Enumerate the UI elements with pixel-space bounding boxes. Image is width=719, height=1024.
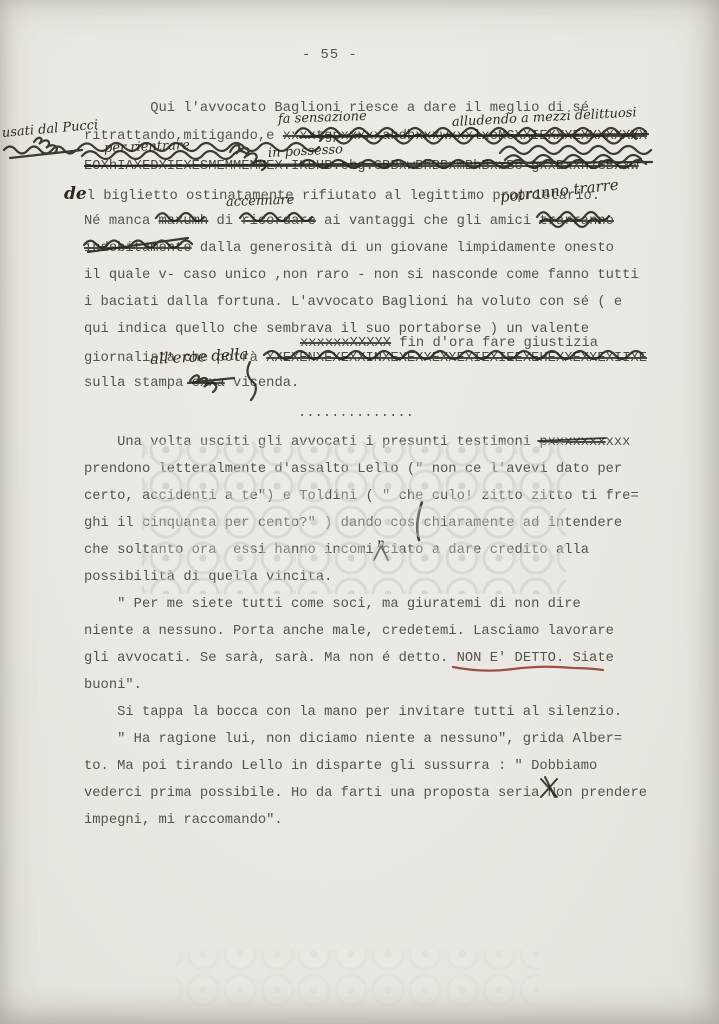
typed-text: vederci prima possibile. Ho da farti una… bbox=[84, 786, 647, 801]
typed-text: prendono letteralmente d'assalto Lello (… bbox=[84, 462, 622, 477]
typed-text: possibilità di quella vincita. bbox=[84, 570, 332, 585]
typed-line-edited: sulla stampa exxa vicenda. bbox=[84, 374, 299, 393]
typed-text: buoni". bbox=[84, 678, 142, 693]
typed-line-edited: indebitamente dalla generosità di un gio… bbox=[84, 239, 614, 258]
handwritten-note-fa-sensazione: fa sensazione bbox=[278, 109, 367, 127]
typed-text: . Siate bbox=[556, 651, 614, 666]
handwritten-correction: de bbox=[64, 184, 87, 204]
dotted-divider: .............. bbox=[298, 404, 414, 423]
typed-line: il quale v- caso unico ,non raro - non s… bbox=[84, 266, 639, 285]
typed-line: possibilità di quella vincita. bbox=[84, 568, 332, 587]
struck-out-text: ricordare bbox=[241, 214, 316, 229]
typed-line-struck: EOXhIAXEDXIEXESMEMMEMMEX.IKBHB.ehg.GBBxw… bbox=[84, 157, 639, 176]
struck-out-text: XXEXENXEXEXXINXEXEXXEXXEXIEXIEEXEHEXXEXX… bbox=[266, 351, 647, 366]
typed-text: Una volta usciti gli avvocati i presunti… bbox=[84, 435, 539, 450]
typed-line-edited: vederci prima possibile. Ho da farti una… bbox=[84, 784, 647, 803]
typed-text: NON E' DETTO bbox=[457, 651, 556, 666]
watermark-band-bottom bbox=[175, 950, 540, 1008]
typed-text: che soltanto ora essi hanno incomi ciato… bbox=[84, 543, 589, 558]
typed-line: i baciati dalla fortuna. L'avvocato Bagl… bbox=[84, 293, 622, 312]
typed-text: impegni, mi raccomando". bbox=[84, 813, 283, 828]
typed-text: il quale v- caso unico ,non raro - non s… bbox=[84, 268, 639, 283]
handwritten-note-accennare: accennare bbox=[226, 193, 295, 210]
typed-text: gli avvocati. Se sarà, sarà. Ma non é de… bbox=[84, 651, 457, 666]
typed-text: .............. bbox=[298, 406, 414, 421]
typed-line: certo, accidenti a te") e Toldini ( " ch… bbox=[84, 487, 639, 506]
typed-line-edited: Una volta usciti gli avvocati i presunti… bbox=[84, 433, 630, 452]
typed-text: niente a nessuno. Porta anche male, cred… bbox=[84, 624, 614, 639]
typed-line: impegni, mi raccomando". bbox=[84, 811, 283, 830]
struck-out-text: maxumh bbox=[159, 214, 209, 229]
typed-line: che soltanto ora essi hanno incomi ciato… bbox=[84, 541, 589, 560]
typed-line-underlined: gli avvocati. Se sarà, sarà. Ma non é de… bbox=[84, 649, 614, 668]
struck-out-text: trarranno bbox=[539, 214, 614, 229]
typed-line-edited: Né manca maxumh di ricordare ai vantaggi… bbox=[84, 212, 614, 231]
struck-out-text: EOXhIAXEDXIEXESMEMMEMMEX.IKBHB.ehg.GBBxw… bbox=[84, 159, 639, 174]
typed-line: ghi il cinquanta per cento?" ) dando cos… bbox=[84, 514, 622, 533]
typed-text: i baciati dalla fortuna. L'avvocato Bagl… bbox=[84, 295, 622, 310]
typed-line: " Per me siete tutti come soci, ma giura… bbox=[84, 595, 581, 614]
page-number: - 55 - bbox=[302, 48, 358, 63]
scribbled-word: exxa bbox=[192, 376, 225, 391]
typed-text: ai vantaggi che gli amici bbox=[316, 214, 540, 229]
typed-line: niente a nessuno. Porta anche male, cred… bbox=[84, 622, 614, 641]
typed-line: " Ha ragione lui, non diciamo niente a n… bbox=[84, 730, 622, 749]
handwritten-note-per-rientrare: per rientrare bbox=[104, 138, 190, 156]
typed-text: sulla stampa bbox=[84, 376, 192, 391]
struck-out-text: pxxxxxxx bbox=[539, 435, 605, 450]
handwritten-inserted-n: n bbox=[377, 536, 385, 550]
typed-text: " Per me siete tutti come soci, ma giura… bbox=[84, 597, 581, 612]
typed-text: to. Ma poi tirando Lello in disparte gli… bbox=[84, 759, 597, 774]
typed-text: xxx bbox=[606, 435, 631, 450]
typed-text: dalla generosità di un giovane limpidame… bbox=[192, 241, 614, 256]
typed-line: buoni". bbox=[84, 676, 142, 695]
typed-text: di bbox=[208, 214, 241, 229]
typed-text: vicenda. bbox=[225, 376, 300, 391]
typewritten-manuscript-page: - 55 - Qui l'avvocato Baglioni riesce a … bbox=[0, 0, 719, 1024]
typed-text: Si tappa la bocca con la mano per invita… bbox=[84, 705, 622, 720]
typed-line: Si tappa la bocca con la mano per invita… bbox=[84, 703, 622, 722]
typed-line: prendono letteralmente d'assalto Lello (… bbox=[84, 460, 622, 479]
typed-text: ghi il cinquanta per cento?" ) dando cos… bbox=[84, 516, 622, 531]
typed-text: " Ha ragione lui, non diciamo niente a n… bbox=[84, 732, 622, 747]
typed-line: to. Ma poi tirando Lello in disparte gli… bbox=[84, 757, 597, 776]
typed-text: certo, accidenti a te") e Toldini ( " ch… bbox=[84, 489, 639, 504]
typed-text: Né manca bbox=[84, 214, 159, 229]
struck-out-text: indebitamente bbox=[84, 241, 192, 256]
